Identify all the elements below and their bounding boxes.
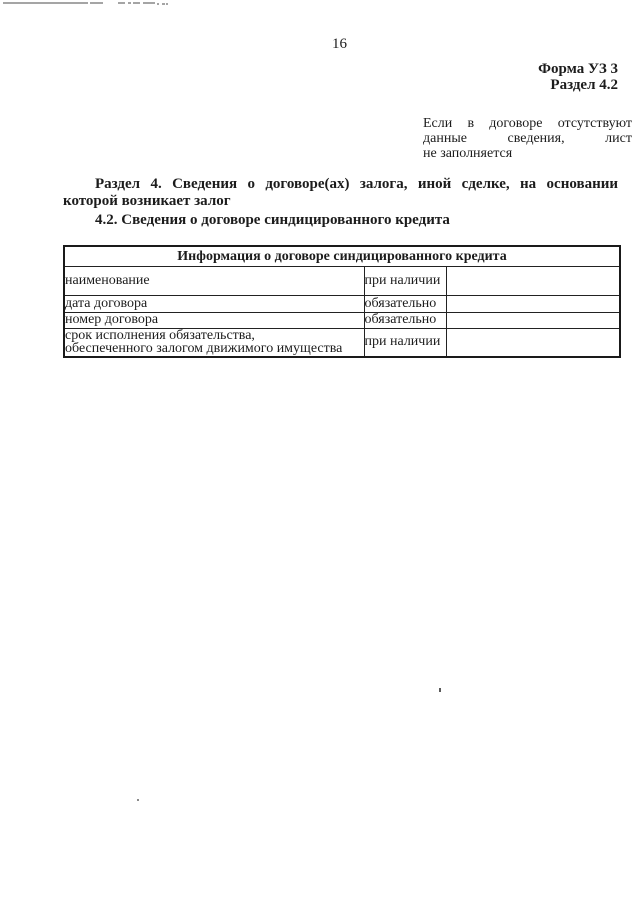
row-value-cell [446, 266, 620, 295]
row-label: срок исполнения обязательства, обеспечен… [64, 328, 364, 357]
row-label-text: обеспеченного залогом движимого имуществ… [65, 342, 364, 356]
scan-artifact-mark [133, 2, 140, 4]
row-label-text: дата договора [65, 297, 364, 311]
note-line: Если в договоре отсутствуют [423, 116, 632, 131]
scan-artifact-mark [143, 2, 155, 4]
scan-artifact-mark [3, 2, 88, 4]
scan-artifact-mark [157, 3, 159, 5]
row-value-cell [446, 328, 620, 357]
subsection-4-2-heading: 4.2. Сведения о договоре синдицированног… [63, 212, 618, 229]
form-label-block: Форма УЗ 3 Раздел 4.2 [538, 61, 618, 93]
row-label: наименование [64, 266, 364, 295]
section-4-heading: Раздел 4. Сведения о договоре(ах) залога… [63, 176, 618, 229]
scan-artifact-mark [166, 3, 168, 5]
table-row: срок исполнения обязательства, обеспечен… [64, 328, 620, 357]
section-4-heading-line-1: Раздел 4. Сведения о договоре(ах) залога… [63, 176, 618, 193]
section-label: Раздел 4.2 [538, 77, 618, 93]
form-label: Форма УЗ 3 [538, 61, 618, 77]
row-label-text: срок исполнения обязательства, [65, 329, 364, 343]
scan-artifact-mark [162, 3, 165, 5]
note-block: Если в договоре отсутствуют данные сведе… [423, 116, 632, 161]
syndicated-credit-info-table: Информация о договоре синдицированного к… [63, 245, 621, 358]
row-requirement: при наличии [364, 328, 446, 357]
table-title: Информация о договоре синдицированного к… [64, 246, 620, 266]
table-row: дата договора обязательно [64, 295, 620, 312]
row-label-text: номер договора [65, 313, 364, 327]
scan-artifact-mark [90, 2, 103, 4]
scan-speck [439, 688, 441, 692]
scan-speck [137, 799, 139, 801]
scan-artifact-mark [118, 2, 125, 4]
row-value-cell [446, 295, 620, 312]
table-row: наименование при наличии [64, 266, 620, 295]
document-page: 16 Форма УЗ 3 Раздел 4.2 Если в договоре… [0, 0, 640, 905]
row-label-text: наименование [65, 274, 364, 288]
row-requirement: обязательно [364, 295, 446, 312]
note-line: данные сведения, лист [423, 131, 632, 146]
table-row: номер договора обязательно [64, 312, 620, 328]
row-value-cell [446, 312, 620, 328]
row-requirement: обязательно [364, 312, 446, 328]
note-line: не заполняется [423, 146, 632, 161]
scan-artifact-mark [128, 2, 131, 4]
table-title-row: Информация о договоре синдицированного к… [64, 246, 620, 266]
row-requirement: при наличии [364, 266, 446, 295]
row-label: номер договора [64, 312, 364, 328]
scan-artifact-marks [0, 2, 168, 6]
section-4-heading-line-2: которой возникает залог [63, 193, 618, 210]
row-label: дата договора [64, 295, 364, 312]
page-number: 16 [332, 36, 347, 52]
